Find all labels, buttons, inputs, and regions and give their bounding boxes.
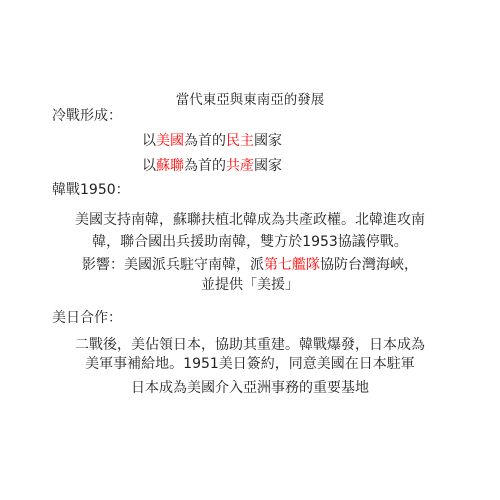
text: 以 [142,158,156,174]
section-heading-us-japan: 美日合作： [52,309,122,327]
us-japan-body-line-2: 美軍事補給地。1951美日簽約，同意美國在日本駐軍 [0,355,500,373]
us-japan-body-line-1: 二戰後，美佔領日本，協助其重建。韓戰爆發，日本成為 [0,336,500,354]
section-heading-korean-war: 韓戰1950： [52,181,130,199]
korean-war-body-line-1: 美國支持南韓，蘇聯扶植北韓成為共產政權。北韓進攻南 [0,211,500,229]
text: 影響：美國派兵駐守南韓，派 [82,257,264,273]
highlight-democracy: 民主 [226,133,254,149]
text: 為首的 [184,133,226,149]
highlight-ussr: 蘇聯 [156,158,184,174]
highlight-seventh-fleet: 第七艦隊 [264,257,320,273]
korean-war-impact-line-1: 影響：美國派兵駐守南韓，派第七艦隊協防台灣海峽， [0,256,500,274]
text: 為首的 [184,158,226,174]
slide: 當代東亞與東南亞的發展 冷戰形成： 以美國為首的民主國家 以蘇聯為首的共產國家 … [0,0,500,500]
section-heading-cold-war: 冷戰形成： [52,107,122,125]
text: 協防台灣海峽， [320,257,418,273]
text: 國家 [254,133,282,149]
text: 國家 [254,158,282,174]
highlight-communism: 共產 [226,158,254,174]
us-japan-body-line-3: 日本成為美國介入亞洲事務的重要基地 [0,379,500,397]
highlight-usa: 美國 [156,133,184,149]
cold-war-line-communism: 以蘇聯為首的共產國家 [142,157,282,175]
cold-war-line-democracy: 以美國為首的民主國家 [142,132,282,150]
korean-war-body-line-2: 韓，聯合國出兵援助南韓，雙方於1953協議停戰。 [0,233,500,251]
text: 以 [142,133,156,149]
korean-war-impact-line-2: 並提供「美援」 [0,276,500,294]
